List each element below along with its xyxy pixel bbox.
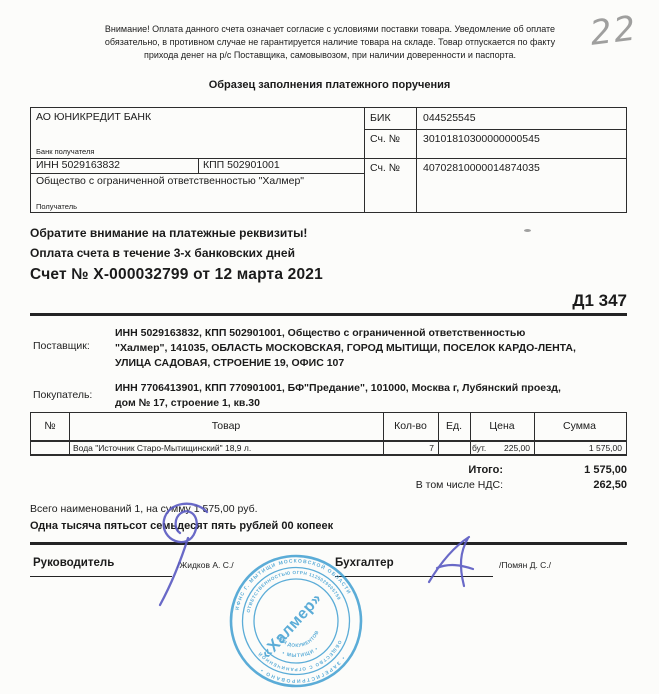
accountant-name: /Помян Д. С./ bbox=[499, 560, 551, 570]
corr-account-value: 30101810300000000545 bbox=[423, 133, 540, 145]
table-border bbox=[364, 129, 626, 130]
bik-value: 044525545 bbox=[423, 112, 476, 124]
buyer-label: Покупатель: bbox=[33, 389, 92, 401]
items-table: № Товар Кол-во Ед. Цена Сумма Вода "Исто… bbox=[30, 412, 627, 456]
corr-account-label: Сч. № bbox=[370, 133, 400, 145]
item-sum: 1 575,00 bbox=[534, 443, 622, 453]
attention-line: Обратите внимание на платежные реквизиты… bbox=[30, 226, 307, 240]
col-header-num: № bbox=[31, 420, 69, 432]
notice-line: прихода денег на р/с Поставщика, самовыв… bbox=[70, 49, 590, 62]
supplier-details: ИНН 5029163832, КПП 502901001, Общество … bbox=[115, 326, 630, 371]
invoice-document: Внимание! Оплата данного счета означает … bbox=[0, 0, 659, 694]
payment-term-line: Оплата счета в течение 3-х банковских дн… bbox=[30, 246, 295, 260]
account-label: Сч. № bbox=[370, 162, 400, 174]
table-border bbox=[198, 158, 199, 173]
supplier-line: ИНН 5029163832, КПП 502901001, Общество … bbox=[115, 326, 630, 341]
payment-notice: Внимание! Оплата данного счета означает … bbox=[70, 23, 590, 62]
bank-name: АО ЮНИКРЕДИТ БАНК bbox=[36, 111, 151, 123]
table-border bbox=[31, 158, 626, 159]
handwritten-page-number-text: 22 bbox=[588, 8, 640, 53]
doc-code: Д1 347 bbox=[427, 291, 627, 311]
company-stamp: ИФНС Г. МЫТИЩИ МОСКОВСКОЙ ОБЛАСТИ • ЗАРЕ… bbox=[226, 551, 366, 691]
total-value: 1 575,00 bbox=[503, 464, 627, 476]
item-product: Вода "Источник Старо-Мытищинский" 18,9 л… bbox=[73, 443, 251, 453]
handwritten-page-number: 22 bbox=[576, 4, 652, 56]
supplier-line: УЛИЦА САДОВАЯ, СТРОЕНИЕ 19, ОФИС 107 bbox=[115, 356, 630, 371]
sample-title: Образец заполнения платежного поручения bbox=[0, 79, 659, 91]
table-border bbox=[31, 440, 626, 442]
supplier-inn: ИНН 5029163832 bbox=[36, 159, 120, 171]
vat-label: В том числе НДС: bbox=[300, 479, 503, 491]
accountant-signature bbox=[423, 534, 487, 588]
notice-line: Внимание! Оплата данного счета означает … bbox=[70, 23, 590, 36]
bank-name-label: Банк получателя bbox=[36, 147, 94, 156]
col-header-qty: Кол-во bbox=[383, 420, 438, 432]
bank-requisites-table: АО ЮНИКРЕДИТ БАНК Банк получателя ИНН 50… bbox=[30, 107, 627, 213]
supplier-line: "Халмер", 141035, ОБЛАСТЬ МОСКОВСКАЯ, ГО… bbox=[115, 341, 630, 356]
item-qty: 7 bbox=[383, 443, 434, 453]
table-border bbox=[364, 108, 365, 212]
col-header-unit: Ед. bbox=[438, 420, 470, 432]
item-price: 225,00 bbox=[470, 443, 530, 453]
director-label: Руководитель bbox=[33, 557, 114, 569]
supplier-label: Поставщик: bbox=[33, 340, 90, 352]
col-header-price: Цена bbox=[470, 420, 534, 432]
total-label: Итого: bbox=[330, 464, 503, 476]
col-header-sum: Сумма bbox=[534, 420, 625, 432]
col-header-product: Товар bbox=[69, 420, 383, 432]
vat-value: 262,50 bbox=[503, 479, 627, 491]
buyer-line: дом № 17, строение 1, кв.30 bbox=[115, 396, 630, 411]
bik-label: БИК bbox=[370, 112, 391, 124]
scan-artifact bbox=[524, 229, 531, 232]
table-border bbox=[416, 108, 417, 212]
divider bbox=[30, 313, 627, 316]
buyer-details: ИНН 7706413901, КПП 770901001, БФ"Предан… bbox=[115, 381, 630, 411]
recipient-company: Общество с ограниченной ответственностью… bbox=[36, 175, 304, 187]
account-value: 40702810000014874035 bbox=[423, 162, 540, 174]
invoice-title: Счет № Х-000032799 от 12 марта 2021 bbox=[30, 266, 323, 284]
divider bbox=[30, 542, 627, 545]
director-signature bbox=[143, 498, 221, 608]
supplier-kpp: КПП 502901001 bbox=[203, 159, 280, 171]
recipient-label: Получатель bbox=[36, 202, 77, 211]
buyer-line: ИНН 7706413901, КПП 770901001, БФ"Предан… bbox=[115, 381, 630, 396]
notice-line: обязательно, в противном случае не гаран… bbox=[70, 36, 590, 49]
